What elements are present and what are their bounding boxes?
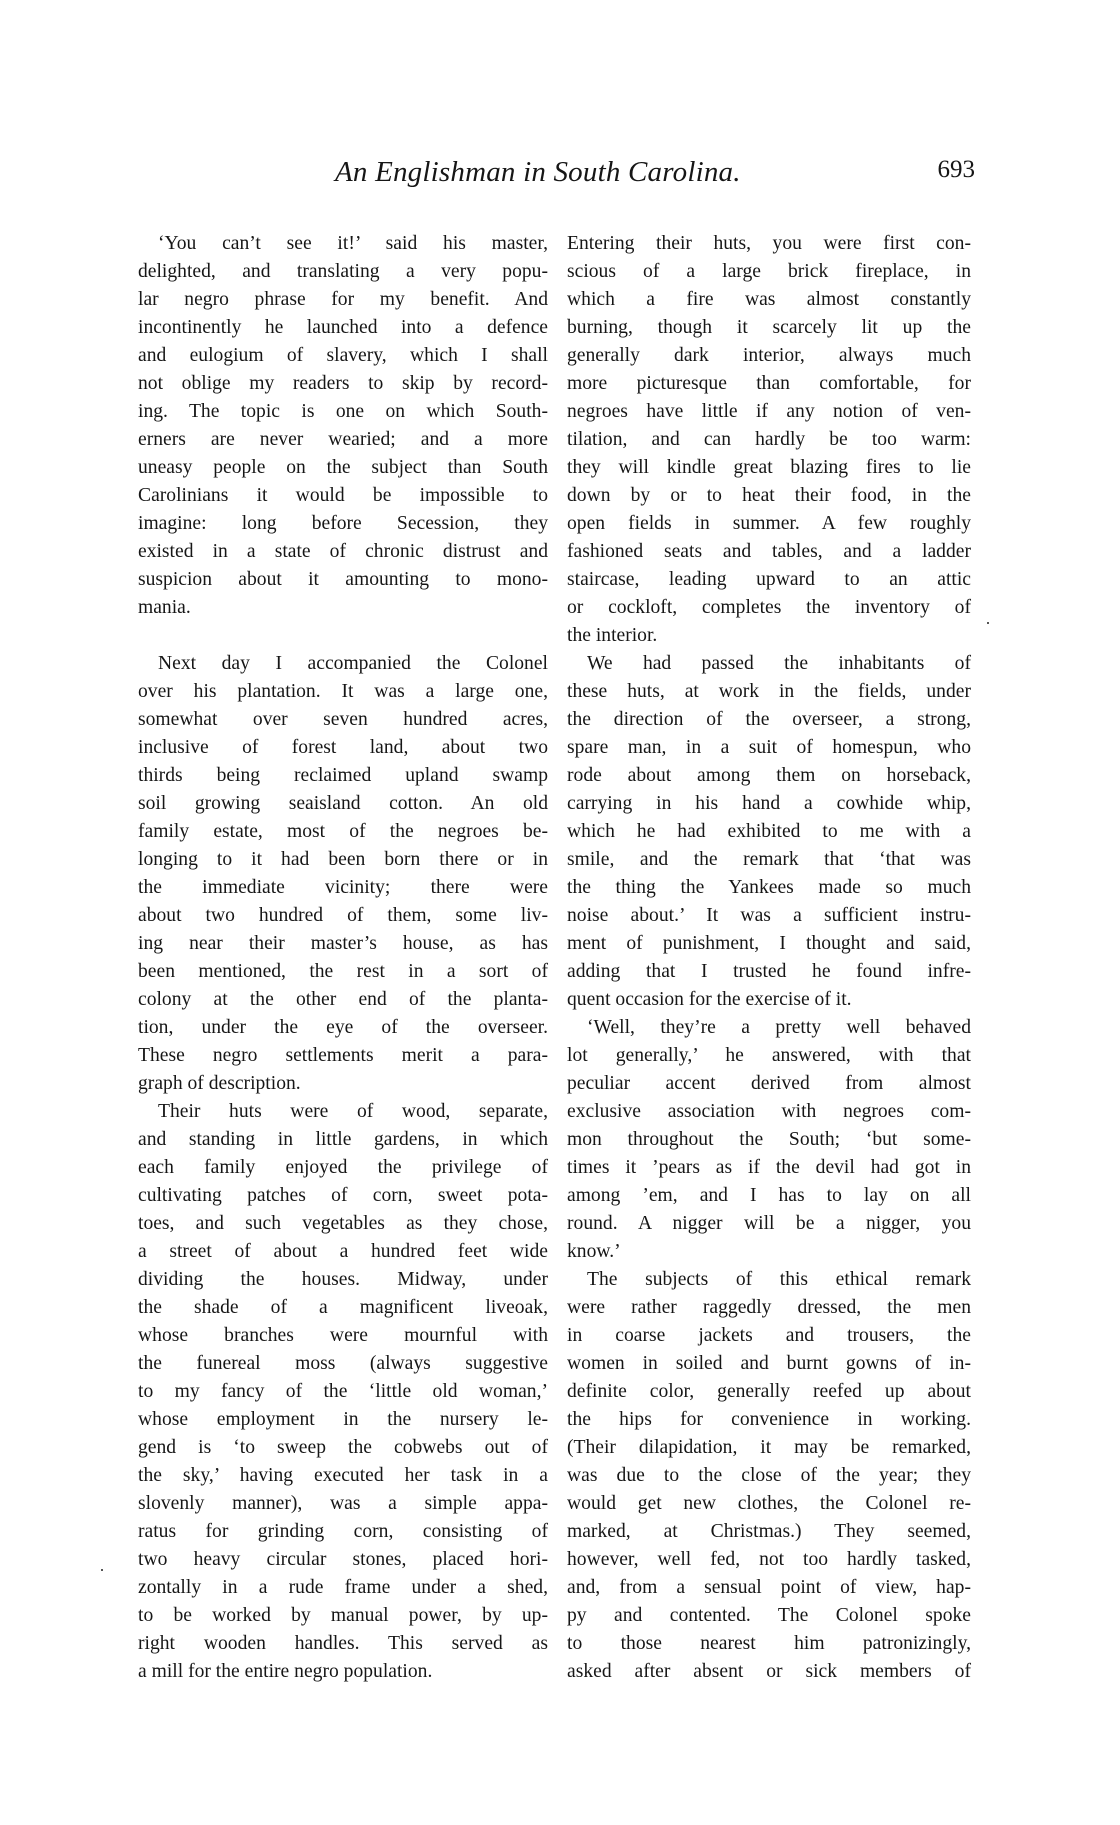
- text-line: Their huts were of wood, separate,: [138, 1098, 548, 1126]
- text-line: dividing the houses. Midway, under: [138, 1266, 548, 1294]
- text-line: about two hundred of them, some liv-: [138, 902, 548, 930]
- text-line: know.’: [567, 1238, 971, 1266]
- text-line: suspicion about it amounting to mono-: [138, 566, 548, 594]
- text-line: and, from a sensual point of view, hap-: [567, 1574, 971, 1602]
- text-line: to be worked by manual power, by up-: [138, 1602, 548, 1630]
- text-line: erners are never wearied; and a more: [138, 426, 548, 454]
- page-number: 693: [938, 156, 976, 184]
- text-line: slovenly manner), was a simple appa-: [138, 1490, 548, 1518]
- text-line: ‘You can’t see it!’ said his master,: [138, 230, 548, 258]
- text-line: more picturesque than comfortable, for: [567, 370, 971, 398]
- text-line: (Their dilapidation, it may be remarked,: [567, 1434, 971, 1462]
- text-line: round. A nigger will be a nigger, you: [567, 1210, 971, 1238]
- text-line: exclusive association with negroes com-: [567, 1098, 971, 1126]
- text-line: These negro settlements merit a para-: [138, 1042, 548, 1070]
- text-line: a mill for the entire negro population.: [138, 1658, 548, 1686]
- text-line: quent occasion for the exercise of it.: [567, 986, 971, 1014]
- text-line: which a fire was almost constantly: [567, 286, 971, 314]
- text-line: over his plantation. It was a large one,: [138, 678, 548, 706]
- text-line: negroes have little if any notion of ven…: [567, 398, 971, 426]
- text-line: each family enjoyed the privilege of: [138, 1154, 548, 1182]
- text-line: scious of a large brick fireplace, in: [567, 258, 971, 286]
- text-line: family estate, most of the negroes be-: [138, 818, 548, 846]
- text-line: and standing in little gardens, in which: [138, 1126, 548, 1154]
- text-line: and eulogium of slavery, which I shall: [138, 342, 548, 370]
- text-line: colony at the other end of the planta-: [138, 986, 548, 1014]
- text-line: was due to the close of the year; they: [567, 1462, 971, 1490]
- text-line: the interior.: [567, 622, 971, 650]
- text-line: they will kindle great blazing fires to …: [567, 454, 971, 482]
- text-line: were rather raggedly dressed, the men: [567, 1294, 971, 1322]
- text-line: asked after absent or sick members of: [567, 1658, 971, 1686]
- text-line: inclusive of forest land, about two: [138, 734, 548, 762]
- text-line: rode about among them on horseback,: [567, 762, 971, 790]
- text-line: toes, and such vegetables as they chose,: [138, 1210, 548, 1238]
- text-line: two heavy circular stones, placed hori-: [138, 1546, 548, 1574]
- text-line: or cockloft, completes the inventory of: [567, 594, 971, 622]
- text-line: lot generally,’ he answered, with that: [567, 1042, 971, 1070]
- text-line: lar negro phrase for my benefit. And: [138, 286, 548, 314]
- text-line: definite color, generally reefed up abou…: [567, 1378, 971, 1406]
- text-line: right wooden handles. This served as: [138, 1630, 548, 1658]
- text-line: staircase, leading upward to an attic: [567, 566, 971, 594]
- text-line: gend is ‘to sweep the cobwebs out of: [138, 1434, 548, 1462]
- text-line: the sky,’ having executed her task in a: [138, 1462, 548, 1490]
- text-line: been mentioned, the rest in a sort of: [138, 958, 548, 986]
- text-line: times it ’pears as if the devil had got …: [567, 1154, 971, 1182]
- text-line: among ’em, and I has to lay on all: [567, 1182, 971, 1210]
- text-line: ing near their master’s house, as has: [138, 930, 548, 958]
- text-line: smile, and the remark that ‘that was: [567, 846, 971, 874]
- text-line: open fields in summer. A few roughly: [567, 510, 971, 538]
- text-line: carrying in his hand a cowhide whip,: [567, 790, 971, 818]
- text-line: the shade of a magnificent liveoak,: [138, 1294, 548, 1322]
- text-line: ing. The topic is one on which South-: [138, 398, 548, 426]
- text-line: noise about.’ It was a sufficient instru…: [567, 902, 971, 930]
- text-line: zontally in a rude frame under a shed,: [138, 1574, 548, 1602]
- text-line: adding that I trusted he found infre-: [567, 958, 971, 986]
- text-line: delighted, and translating a very popu-: [138, 258, 548, 286]
- text-line: fashioned seats and tables, and a ladder: [567, 538, 971, 566]
- text-line: a street of about a hundred feet wide: [138, 1238, 548, 1266]
- text-line: which he had exhibited to me with a: [567, 818, 971, 846]
- text-line: mania.: [138, 594, 548, 622]
- running-head: An Englishman in South Carolina. 693: [335, 156, 975, 190]
- text-line: ment of punishment, I thought and said,: [567, 930, 971, 958]
- text-line: not oblige my readers to skip by record-: [138, 370, 548, 398]
- text-line: the funereal moss (always suggestive: [138, 1350, 548, 1378]
- text-line: whose branches were mournful with: [138, 1322, 548, 1350]
- text-line: py and contented. The Colonel spoke: [567, 1602, 971, 1630]
- text-line: generally dark interior, always much: [567, 342, 971, 370]
- text-line: however, well fed, not too hardly tasked…: [567, 1546, 971, 1574]
- running-title: An Englishman in South Carolina.: [335, 156, 741, 189]
- text-line: marked, at Christmas.) They seemed,: [567, 1518, 971, 1546]
- text-line: the immediate vicinity; there were: [138, 874, 548, 902]
- print-speck: [101, 1569, 103, 1571]
- text-line: uneasy people on the subject than South: [138, 454, 548, 482]
- text-line: thirds being reclaimed upland swamp: [138, 762, 548, 790]
- text-line: whose employment in the nursery le-: [138, 1406, 548, 1434]
- text-line: The subjects of this ethical remark: [567, 1266, 971, 1294]
- text-line: somewhat over seven hundred acres,: [138, 706, 548, 734]
- text-line: soil growing seaisland cotton. An old: [138, 790, 548, 818]
- text-line: the hips for convenience in working.: [567, 1406, 971, 1434]
- text-line: burning, though it scarcely lit up the: [567, 314, 971, 342]
- text-line: tilation, and can hardly be too warm:: [567, 426, 971, 454]
- text-line: existed in a state of chronic distrust a…: [138, 538, 548, 566]
- text-line: Next day I accompanied the Colonel: [138, 650, 548, 678]
- text-line: these huts, at work in the fields, under: [567, 678, 971, 706]
- text-line: in coarse jackets and trousers, the: [567, 1322, 971, 1350]
- text-line: mon throughout the South; ‘but some-: [567, 1126, 971, 1154]
- text-line: spare man, in a suit of homespun, who: [567, 734, 971, 762]
- text-line: would get new clothes, the Colonel re-: [567, 1490, 971, 1518]
- text-line: cultivating patches of corn, sweet pota-: [138, 1182, 548, 1210]
- text-line: incontinently he launched into a defence: [138, 314, 548, 342]
- text-line: Carolinians it would be impossible to: [138, 482, 548, 510]
- text-line: graph of description.: [138, 1070, 548, 1098]
- text-line: ratus for grinding corn, consisting of: [138, 1518, 548, 1546]
- print-speck: [987, 622, 989, 624]
- text-line: longing to it had been born there or in: [138, 846, 548, 874]
- text-line: We had passed the inhabitants of: [567, 650, 971, 678]
- text-line: the direction of the overseer, a strong,: [567, 706, 971, 734]
- text-line: to those nearest him patronizingly,: [567, 1630, 971, 1658]
- text-line: down by or to heat their food, in the: [567, 482, 971, 510]
- text-line: ‘Well, they’re a pretty well behaved: [567, 1014, 971, 1042]
- text-line: women in soiled and burnt gowns of in-: [567, 1350, 971, 1378]
- text-line: imagine: long before Secession, they: [138, 510, 548, 538]
- text-line: the thing the Yankees made so much: [567, 874, 971, 902]
- text-line: peculiar accent derived from almost: [567, 1070, 971, 1098]
- text-line: to my fancy of the ‘little old woman,’: [138, 1378, 548, 1406]
- text-line: Entering their huts, you were first con-: [567, 230, 971, 258]
- text-line: tion, under the eye of the overseer.: [138, 1014, 548, 1042]
